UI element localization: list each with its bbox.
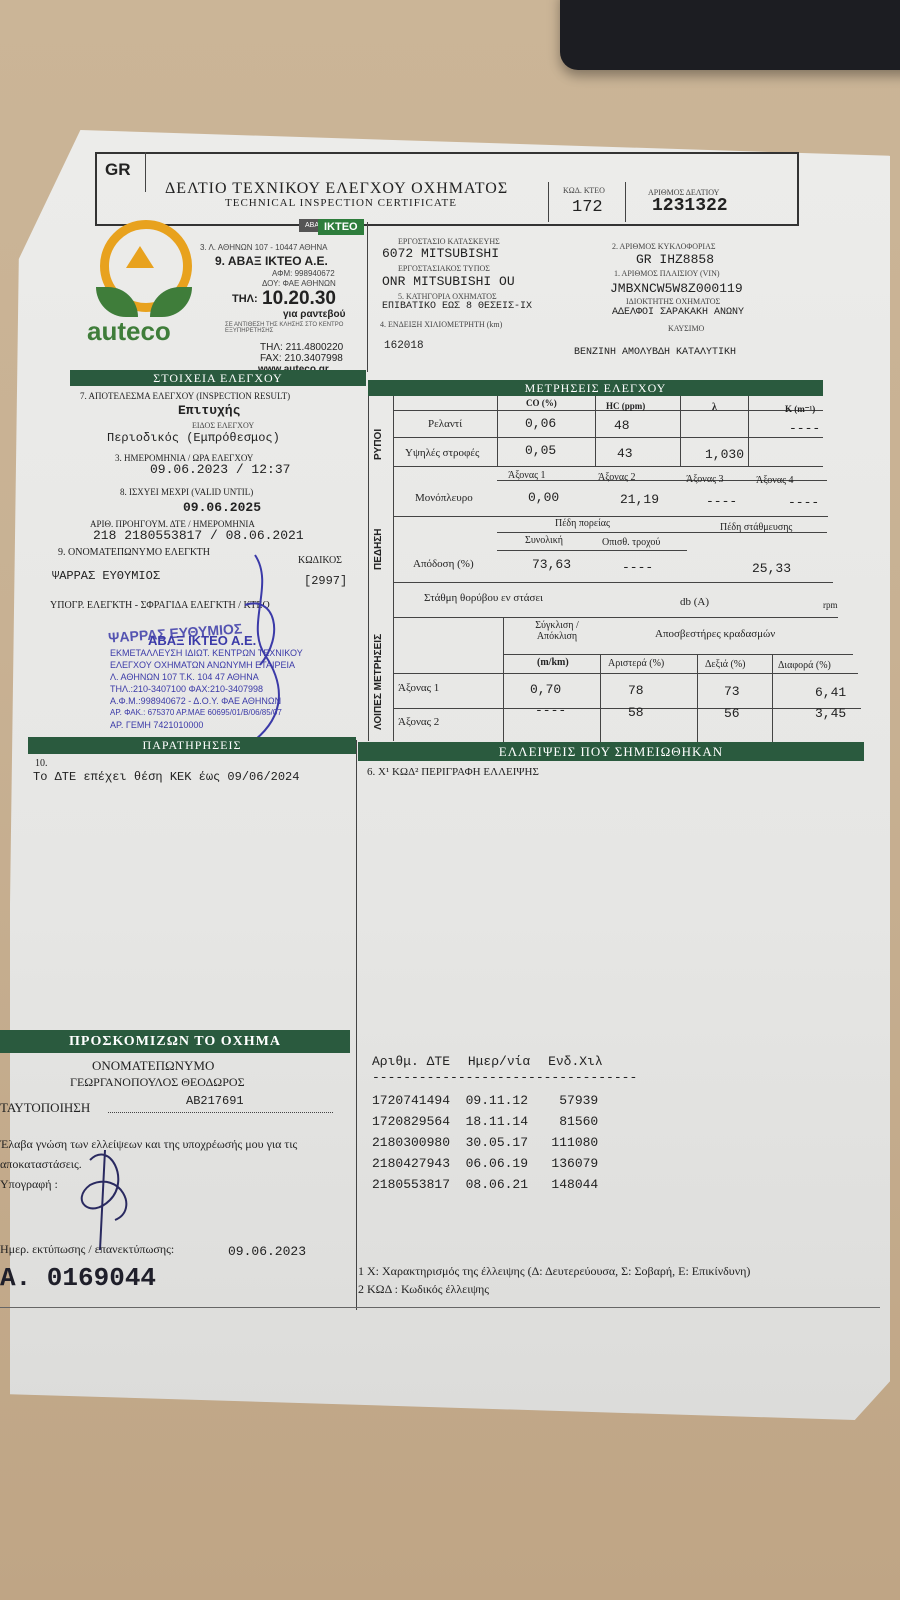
inspection-certificate: GR ΔΕΛΤΙΟ ΤΕΧΝΙΚΟΥ ΕΛΕΓΧΟΥ ΟΧΗΜΑΤΟΣ TECH… bbox=[0, 0, 900, 1600]
inspector-code: [2997] bbox=[304, 574, 347, 588]
db-label: db (A) bbox=[680, 596, 709, 608]
center-phone-label: ΤΗΛ: bbox=[232, 293, 258, 305]
alignment-label: Σύγκλιση / Απόκλιση bbox=[522, 620, 592, 642]
header-k: K (m⁻¹) bbox=[785, 404, 815, 415]
history-header-km: Ενδ.Χιλ bbox=[548, 1054, 603, 1069]
history-separator: ---------------------------------- bbox=[372, 1070, 637, 1085]
history-header-date: Ημερ/νία bbox=[468, 1054, 530, 1069]
stamp-line-8: ΑΡ. ΓΕΜΗ 7421010000 bbox=[110, 720, 203, 730]
presenter-signature-label: Υπογραφή : bbox=[0, 1177, 58, 1192]
center-phone-note: για ραντεβού bbox=[283, 309, 345, 320]
owner-label: ΙΔΙΟΚΤΗΤΗΣ ΟΧΗΜΑΤΟΣ bbox=[626, 297, 720, 306]
dampers-right-label: Δεξιά (%) bbox=[705, 659, 746, 670]
alignment-unit: (m/km) bbox=[537, 657, 569, 668]
axle-1-diff: 6,41 bbox=[815, 685, 846, 700]
center-company: 9. ΑΒΑΞ ΙΚΤΕΟ Α.Ε. bbox=[215, 254, 328, 268]
axle-1-alignment: 0,70 bbox=[530, 682, 561, 697]
axle-4-header: Άξονας 4 bbox=[756, 475, 794, 486]
center-note: ΣΕ ΑΝΤΙΘΕΣΗ ΤΗΣ ΚΛΗΣΗΣ ΣΤΟ ΚΕΝΤΡΟ ΕΞΥΠΗΡ… bbox=[225, 322, 355, 334]
vin-label: 1. ΑΡΙΘΜΟΣ ΠΛΑΙΣΙΟΥ (VIN) bbox=[614, 269, 720, 278]
center-fax: FAX: 210.3407998 bbox=[260, 353, 343, 364]
rpm-label: rpm bbox=[823, 600, 838, 610]
inspection-section-title: ΣΤΟΙΧΕΙΑ ΕΛΕΓΧΟΥ bbox=[70, 370, 366, 386]
center-tel: ΤΗΛ: 211.4800220 bbox=[260, 342, 343, 353]
idle-k: ---- bbox=[789, 421, 820, 436]
row-idle-label: Ρελαντί bbox=[428, 418, 462, 430]
print-date-label: Ημερ. εκτύπωσης / επανεκτύπωσης: bbox=[0, 1242, 174, 1257]
ikteo-badge: ΙΚΤΕΟ bbox=[318, 219, 364, 235]
imbalance-axle-4: ---- bbox=[788, 495, 819, 510]
presenter-id-label: ΤΑΥΤΟΠΟΙΗΣΗ bbox=[0, 1100, 90, 1116]
history-row: 2180553817 08.06.21 148044 bbox=[372, 1174, 598, 1195]
axle-1-header: Άξονας 1 bbox=[508, 470, 546, 481]
imbalance-axle-1: 0,00 bbox=[528, 490, 559, 505]
kteo-code-label: ΚΩΔ. ΚΤΕΟ bbox=[563, 186, 605, 195]
efficiency-rear: ---- bbox=[622, 560, 653, 575]
kind-value: Περιοδικός (Εμπρόθεσμος) bbox=[107, 431, 280, 445]
brand-name: auteco bbox=[87, 316, 171, 347]
header-lambda: λ bbox=[712, 402, 717, 413]
brakes-group-label: ΠΕΔΗΣΗ bbox=[373, 480, 384, 570]
presenter-title: ΠΡΟΣΚΟΜΙΖΩΝ ΤΟ ΟΧΗΜΑ bbox=[0, 1030, 350, 1053]
presenter-name: ΓΕΩΡΓΑΝΟΠΟΥΛΟΣ ΘΕΟΔΩΡΟΣ bbox=[70, 1075, 245, 1090]
kteo-code: 172 bbox=[572, 198, 603, 217]
plate-label: 2. ΑΡΙΘΜΟΣ ΚΥΚΛΟΦΟΡΙΑΣ bbox=[612, 242, 716, 251]
imbalance-label: Μονόπλευρο bbox=[415, 492, 473, 504]
inspector-label: 9. ΟΝΟΜΑΤΕΠΩΝΥΜΟ ΕΛΕΓΚΤΗ bbox=[58, 547, 210, 558]
axle-2-alignment: ---- bbox=[535, 703, 566, 718]
defects-header: 6. Χ¹ ΚΩΔ² ΠΕΡΙΓΡΑΦΗ ΕΛΛΕΙΨΗΣ bbox=[367, 766, 539, 778]
defects-title: ΕΛΛΕΙΨΕΙΣ ΠΟΥ ΣΗΜΕΙΩΘΗΚΑΝ bbox=[358, 742, 864, 761]
axle-2-header: Άξονας 2 bbox=[598, 472, 636, 483]
pollutants-group-label: ΡΥΠΟΙ bbox=[373, 405, 384, 460]
history-row: 1720741494 09.11.12 57939 bbox=[372, 1090, 598, 1111]
axle-2-label: Άξονας 2 bbox=[398, 716, 439, 728]
history-table: 1720741494 09.11.12 579391720829564 18.1… bbox=[372, 1090, 598, 1195]
type-value: ONR MITSUBISHI OU bbox=[382, 274, 515, 289]
dampers-label: Αποσβεστήρες κραδασμών bbox=[655, 628, 775, 640]
category-value: ΕΠΙΒΑΤΙΚΟ ΕΩΣ 8 ΘΕΣΕΙΣ-ΙΧ bbox=[382, 301, 532, 312]
efficiency-label: Απόδοση (%) bbox=[413, 558, 474, 570]
high-co: 0,05 bbox=[525, 443, 556, 458]
center-address: 3. Λ. ΑΘΗΝΩΝ 107 - 10447 ΑΘΗΝΑ bbox=[200, 243, 328, 252]
km-value: 162018 bbox=[384, 340, 424, 352]
result-value: Επιτυχής bbox=[178, 403, 240, 418]
high-lambda: 1,030 bbox=[705, 447, 744, 462]
imbalance-axle-3: ---- bbox=[706, 494, 737, 509]
worst-wheel-label: Οπισθ. τροχού bbox=[602, 537, 660, 548]
axle-1-label: Άξονας 1 bbox=[398, 682, 439, 694]
inspector-name: ΨΑΡΡΑΣ ΕΥΘΥΜΙΟΣ bbox=[52, 569, 160, 583]
title-english: TECHNICAL INSPECTION CERTIFICATE bbox=[225, 197, 457, 209]
fuel-value: ΒΕΝΖΙΝΗ ΑΜΟΛΥΒΔΗ ΚΑΤΑΛΥΤΙΚΗ bbox=[574, 347, 736, 358]
presenter-id-line bbox=[108, 1112, 333, 1113]
date-value: 09.06.2023 / 12:37 bbox=[150, 462, 290, 477]
remarks-title: ΠΑΡΑΤΗΡΗΣΕΙΣ bbox=[28, 737, 356, 754]
manufacturer-label: ΕΡΓΟΣΤΑΣΙΟ ΚΑΤΑΣΚΕΥΗΣ bbox=[398, 237, 500, 246]
parking-efficiency: 25,33 bbox=[752, 561, 791, 576]
owner-value: ΑΔΕΛΦΟΙ ΣΑΡΑΚΑΚΗ ΑΝΩΝΥ bbox=[612, 307, 744, 318]
presenter-ack: Έλαβα γνώση των ελλείψεων και της υποχρέ… bbox=[0, 1134, 340, 1174]
title-greek: ΔΕΛΤΙΟ ΤΕΧΝΙΚΟΥ ΕΛΕΓΧΟΥ ΟΧΗΜΑΤΟΣ bbox=[165, 180, 508, 198]
axle-3-header: Άξονας 3 bbox=[686, 474, 724, 485]
dampers-left-label: Αριστερά (%) bbox=[608, 658, 664, 669]
axle-2-right: 56 bbox=[724, 706, 740, 721]
prev-value: 218 2180553817 / 08.06.2021 bbox=[93, 528, 304, 543]
plate-value: GR IHZ8858 bbox=[636, 252, 714, 267]
fuel-label: ΚΑΥΣΙΜΟ bbox=[668, 324, 704, 333]
print-date: 09.06.2023 bbox=[228, 1244, 306, 1259]
center-doy: ΔΟΥ: ΦΑΕ ΑΘΗΝΩΝ bbox=[262, 279, 336, 288]
other-group-label: ΛΟΙΠΕΣ ΜΕΤΡΗΣΕΙΣ bbox=[373, 590, 384, 730]
valid-value: 09.06.2025 bbox=[183, 500, 261, 515]
history-header-number: Αριθμ. ΔΤΕ bbox=[372, 1054, 450, 1069]
axle-1-left: 78 bbox=[628, 683, 644, 698]
service-brake-label: Πέδη πορείας bbox=[555, 518, 610, 529]
km-label: 4. ΕΝΔΕΙΞΗ ΧΙΛΙΟΜΕΤΡΗΤΗ (km) bbox=[380, 320, 502, 329]
noise-label: Στάθμη θορύβου εν στάσει bbox=[424, 592, 543, 604]
footnote-1: 1 Χ: Χαρακτηρισμός της έλλειψης (Δ: Δευτ… bbox=[358, 1264, 750, 1279]
inspector-signature-icon bbox=[215, 545, 305, 745]
axle-2-left: 58 bbox=[628, 705, 644, 720]
document-serial: Α. 0169044 bbox=[0, 1263, 156, 1293]
logo-roof-icon bbox=[126, 246, 154, 268]
center-afm: ΑΦΜ: 998940672 bbox=[272, 269, 335, 278]
kind-label: ΕΙΔΟΣ ΕΛΕΓΧΟΥ bbox=[192, 421, 254, 430]
row-high-rpm-label: Υψηλές στροφές bbox=[405, 447, 479, 459]
manufacturer-value: 6072 MITSUBISHI bbox=[382, 246, 499, 261]
imbalance-axle-2: 21,19 bbox=[620, 492, 659, 507]
cert-number: 1231322 bbox=[652, 196, 728, 216]
type-label: ΕΡΓΟΣΤΑΣΙΑΚΟΣ ΤΥΠΟΣ bbox=[398, 264, 490, 273]
history-row: 2180427943 06.06.19 136079 bbox=[372, 1153, 598, 1174]
measurements-section-title: ΜΕΤΡΗΣΕΙΣ ΕΛΕΓΧΟΥ bbox=[368, 380, 823, 396]
center-phone-big: 10.20.30 bbox=[262, 288, 336, 310]
idle-co: 0,06 bbox=[525, 416, 556, 431]
remarks-number: 10. bbox=[35, 758, 48, 769]
axle-1-right: 73 bbox=[724, 684, 740, 699]
high-hc: 43 bbox=[617, 446, 633, 461]
header-hc: HC (ppm) bbox=[606, 401, 645, 411]
idle-hc: 48 bbox=[614, 418, 630, 433]
total-label: Συνολική bbox=[525, 535, 563, 546]
valid-label: 8. ΙΣΧΥΕΙ ΜΕΧΡΙ (VALID UNTIL) bbox=[120, 487, 253, 497]
footnote-2: 2 ΚΩΔ : Κωδικός έλλειψης bbox=[358, 1282, 489, 1297]
remarks-text: Το ΔΤΕ επέχει θέση ΚΕΚ έως 09/06/2024 bbox=[33, 770, 299, 784]
history-headers: Αριθμ. ΔΤΕ Ημερ/νία Ενδ.Χιλ bbox=[372, 1054, 603, 1069]
presenter-id: AB217691 bbox=[186, 1094, 244, 1108]
dampers-diff-label: Διαφορά (%) bbox=[778, 660, 831, 671]
axle-2-diff: 3,45 bbox=[815, 706, 846, 721]
history-row: 1720829564 18.11.14 81560 bbox=[372, 1111, 598, 1132]
result-label: 7. ΑΠΟΤΕΛΕΣΜΑ ΕΛΕΓΧΟΥ (INSPECTION RESULT… bbox=[80, 391, 290, 401]
country-code: GR bbox=[105, 160, 131, 180]
vin-value: JMBXNCW5W8Z000119 bbox=[610, 281, 743, 296]
history-row: 2180300980 30.05.17 111080 bbox=[372, 1132, 598, 1153]
header-co: CO (%) bbox=[526, 398, 557, 408]
presenter-name-label: ΟΝΟΜΑΤΕΠΩΝΥΜΟ bbox=[92, 1058, 214, 1074]
efficiency-total: 73,63 bbox=[532, 557, 571, 572]
category-label: 5. ΚΑΤΗΓΟΡΙΑ ΟΧΗΜΑΤΟΣ bbox=[398, 292, 497, 301]
